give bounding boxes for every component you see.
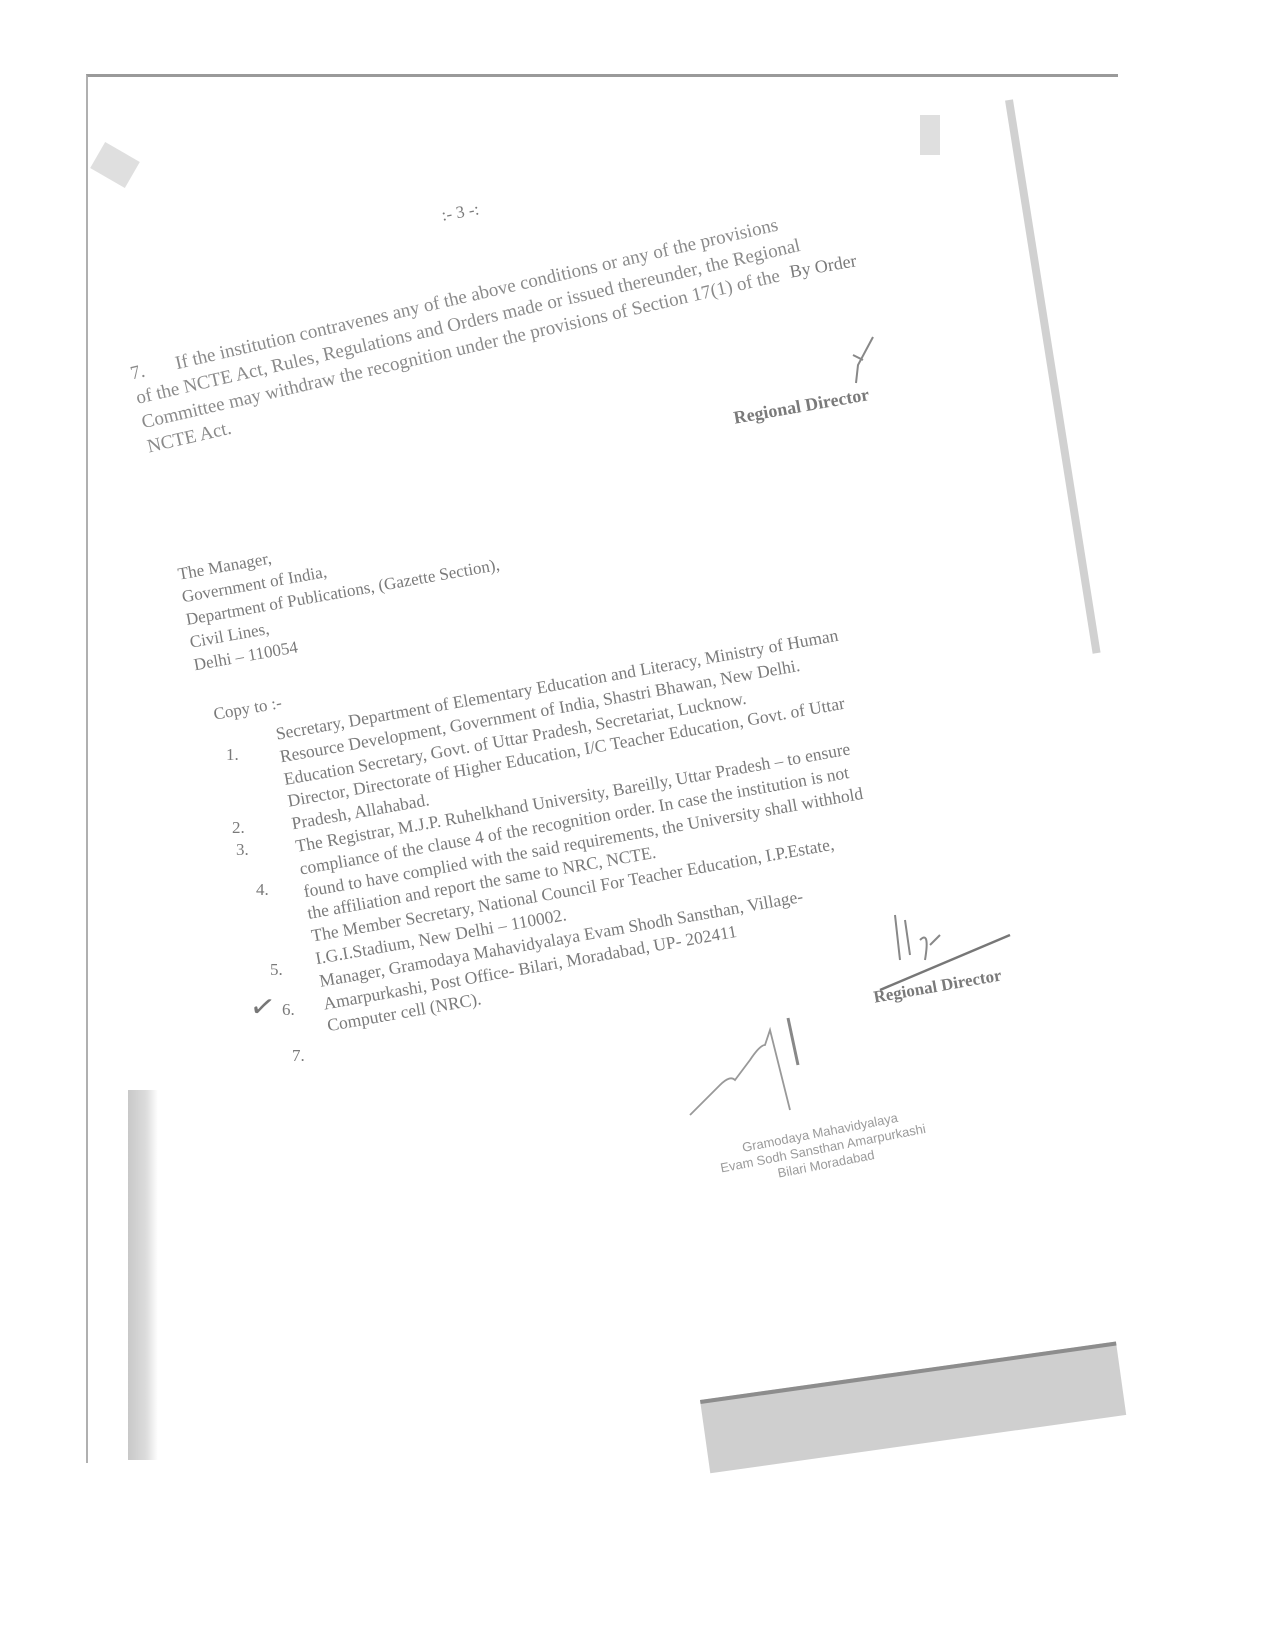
copy-number: 3. [236,840,249,860]
signature-mark [848,335,878,385]
smudge [920,115,940,155]
copy-number: 6. [282,1000,295,1020]
copy-number: 5. [270,960,283,980]
copy-number: 2. [232,818,245,838]
copy-number: 1. [226,745,239,765]
handwritten-signature [680,990,830,1120]
copy-number: 7. [292,1046,305,1066]
scan-shadow-left [128,1090,158,1460]
copy-number: 4. [256,880,269,900]
